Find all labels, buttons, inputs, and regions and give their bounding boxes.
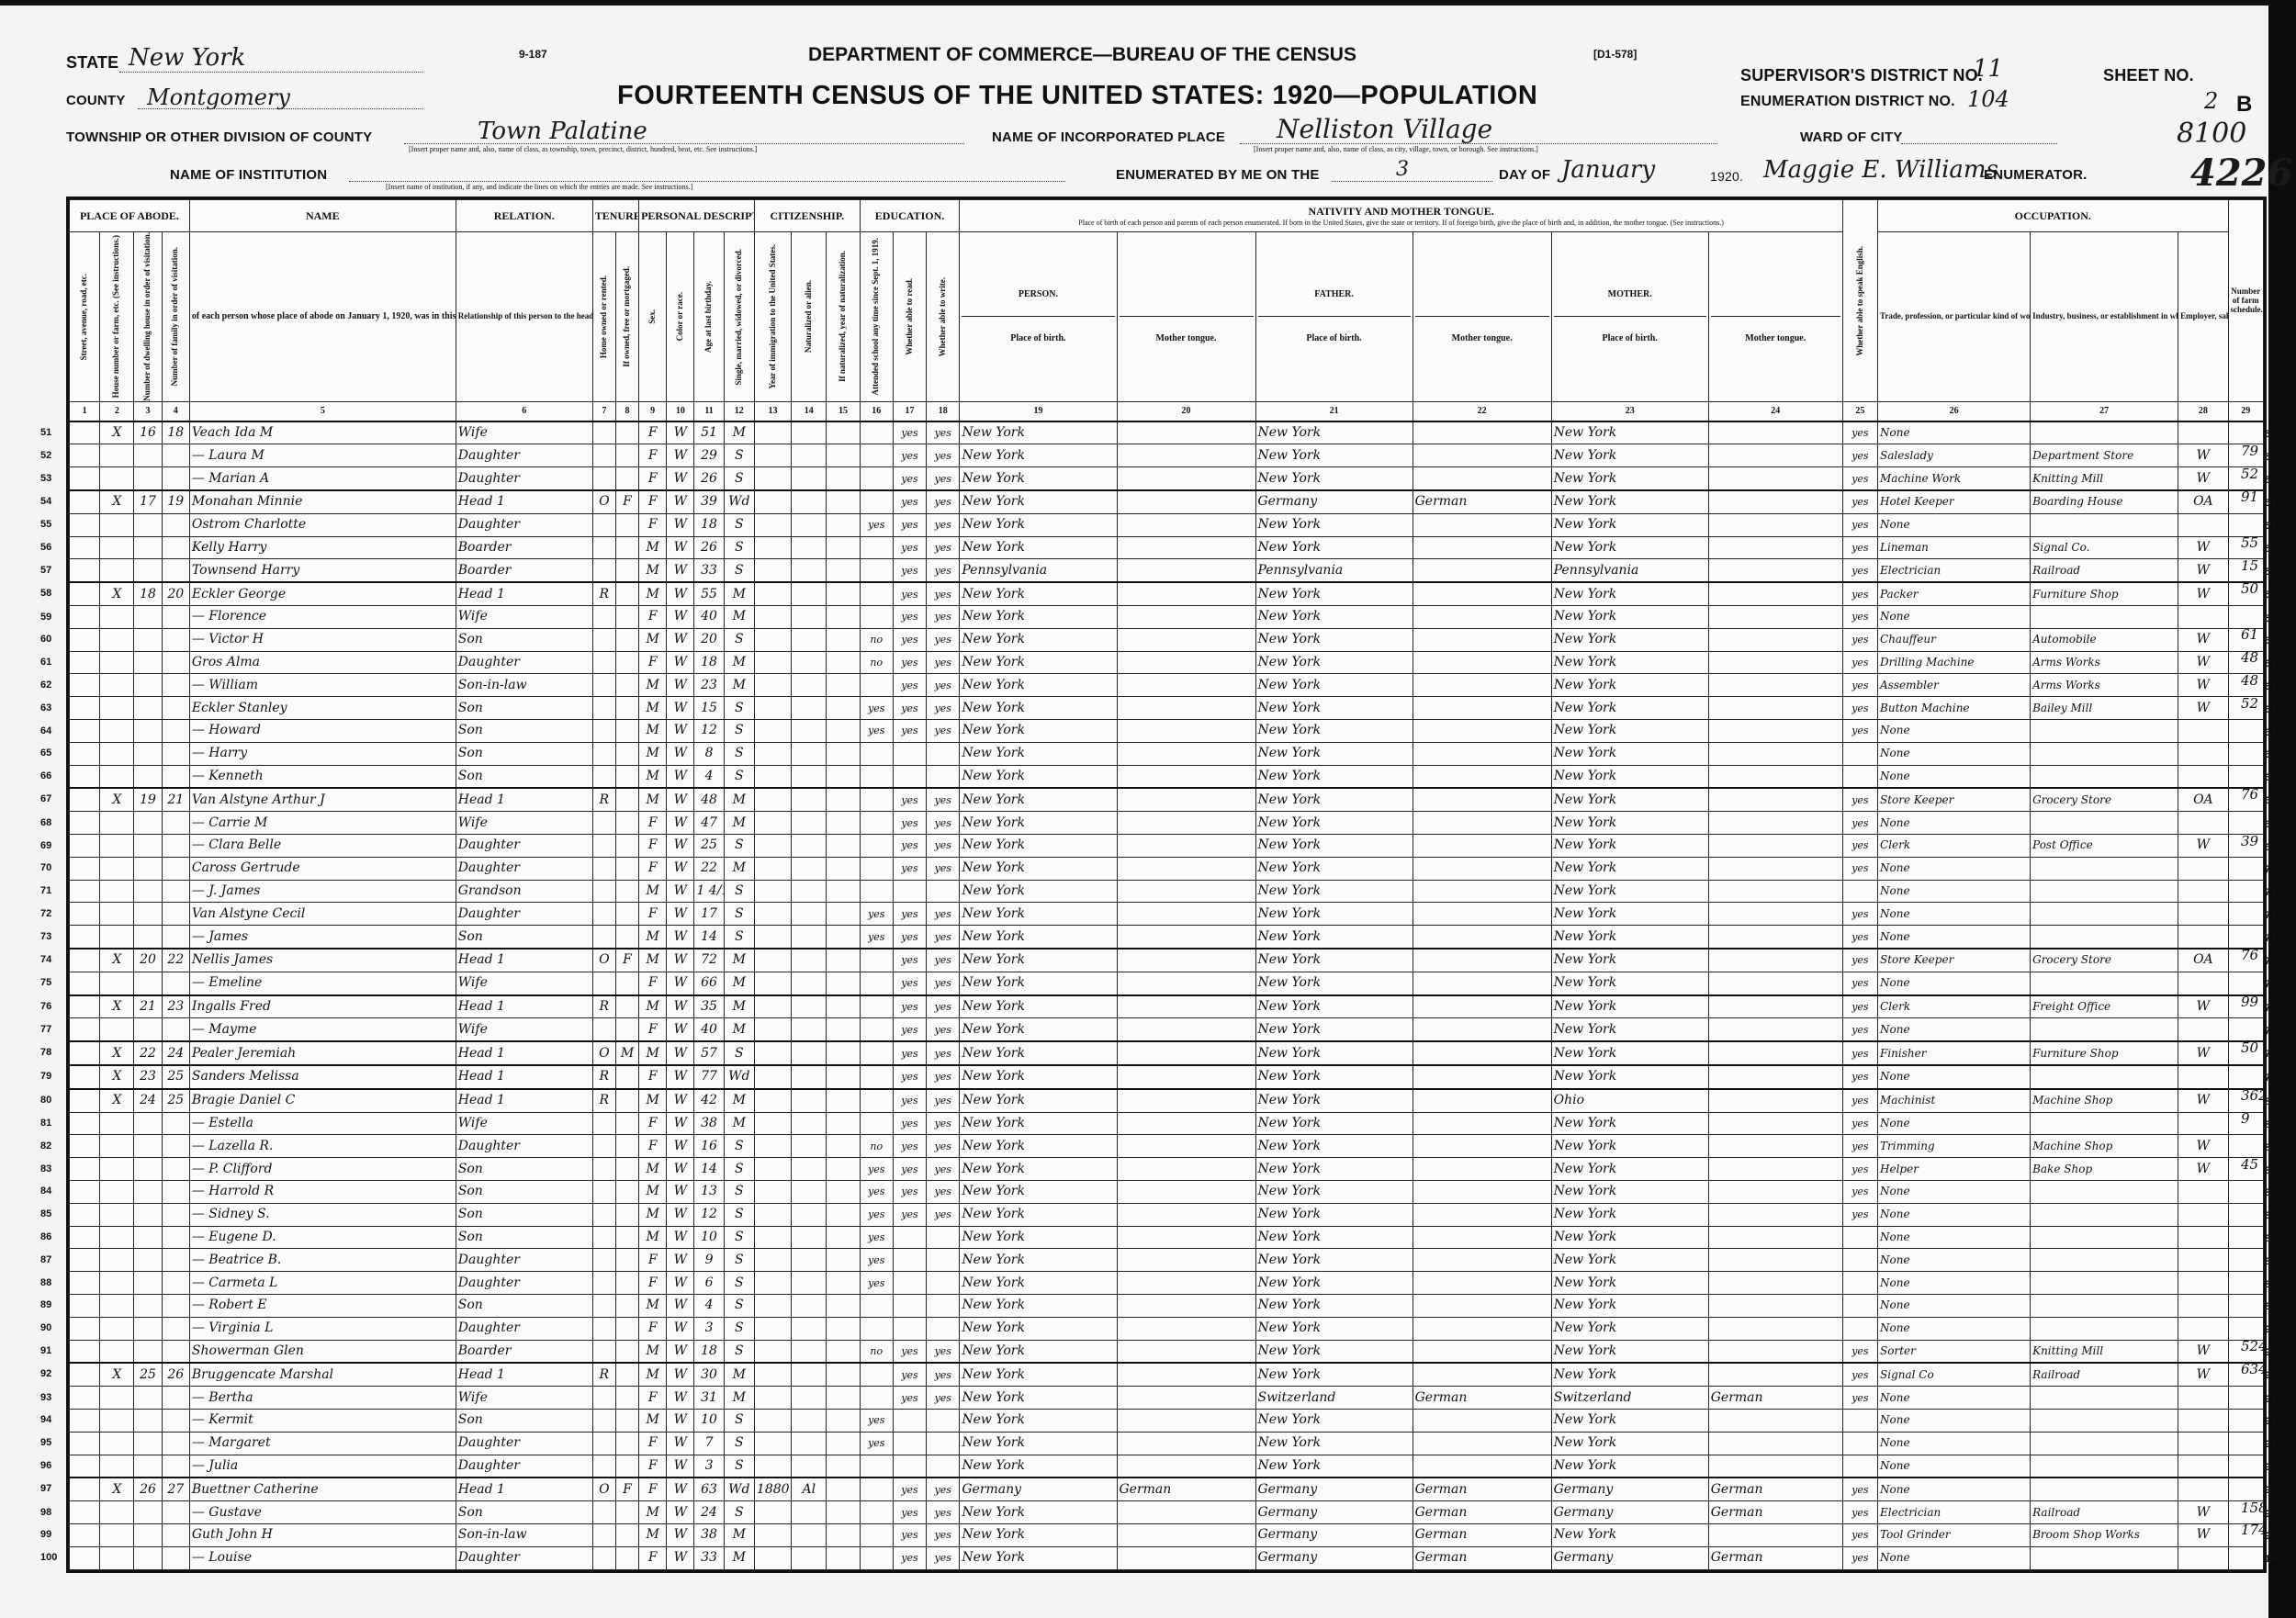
race-cell: W [667, 1294, 694, 1317]
col-number-15: 15 [827, 401, 860, 421]
mpob-cell: New York [1551, 674, 1708, 697]
fpob-cell: New York [1255, 444, 1412, 467]
mtongue-cell [1708, 1180, 1842, 1203]
farm-cell [2228, 1135, 2263, 1158]
race-cell: W [667, 444, 694, 467]
ftongue-cell [1412, 1340, 1551, 1363]
ftongue-cell [1412, 880, 1551, 903]
mort-cell [615, 995, 638, 1018]
table-row: — Lazella R.DaughterFW16SnoyesyesNew Yor… [70, 1135, 2264, 1158]
col-9-header: Sex. [639, 232, 667, 402]
dwelling-number [162, 1387, 189, 1410]
occ-cell: None [1878, 926, 2031, 949]
line-number-right: 82 [2265, 1142, 2276, 1153]
rel-cell: Daughter [456, 1546, 592, 1569]
race-cell: W [667, 995, 694, 1018]
occ-cell: None [1878, 1272, 2031, 1295]
tongue-cell: German [1117, 1478, 1255, 1500]
rel-cell: Boarder [456, 536, 592, 559]
ind-cell: Bailey Mill [2031, 697, 2178, 720]
ftongue-cell [1412, 1249, 1551, 1272]
house-number: 21 [134, 995, 162, 1018]
table-row: X1820Eckler GeorgeHead 1RMW55MyesyesNew … [70, 582, 2264, 605]
tongue-cell [1117, 720, 1255, 743]
rel-cell: Wife [456, 812, 592, 835]
table-row: — FlorenceWifeFW40MyesyesNew YorkNew Yor… [70, 606, 2264, 629]
street-cell [70, 651, 100, 674]
sex-cell: F [639, 857, 667, 880]
table-row: Eckler StanleySonMW15SyesyesyesNew YorkN… [70, 697, 2264, 720]
visit-cell: X [100, 1065, 134, 1089]
write-cell: yes [927, 1180, 960, 1203]
age-cell: 57 [694, 1041, 724, 1065]
ftongue-cell [1412, 1294, 1551, 1317]
pob-cell: New York [960, 582, 1117, 605]
house-number [134, 1158, 162, 1181]
sch-cell [860, 1478, 893, 1500]
visit-cell: X [100, 421, 134, 444]
natyr-cell [827, 490, 860, 513]
natyr-cell [827, 835, 860, 858]
sch-cell: yes [860, 720, 893, 743]
occ-cell: None [1878, 1387, 2031, 1410]
ms-cell: S [724, 1249, 754, 1272]
sex-cell: M [639, 582, 667, 605]
ms-cell: M [724, 674, 754, 697]
nat-cell [792, 559, 827, 582]
mtongue-cell [1708, 1135, 1842, 1158]
mpob-cell: Germany [1551, 1478, 1708, 1500]
occ-cell: Chauffeur [1878, 628, 2031, 651]
pob-cell: New York [960, 513, 1117, 536]
pob-cell: New York [960, 812, 1117, 835]
mtongue-cell [1708, 1432, 1842, 1455]
own-cell: O [592, 1478, 615, 1500]
occ-cell: Clerk [1878, 995, 2031, 1018]
occ-cell: None [1878, 880, 2031, 903]
nat-cell [792, 674, 827, 697]
rel-cell: Son [456, 742, 592, 765]
table-row: — EmelineWifeFW66MyesyesNew YorkNew York… [70, 972, 2264, 994]
ms-cell: M [724, 788, 754, 811]
house-number [134, 1387, 162, 1410]
name-cell: — Emeline [189, 972, 456, 994]
ms-cell: M [724, 651, 754, 674]
natyr-cell [827, 1387, 860, 1410]
col-22-header: Mother tongue. [1412, 232, 1551, 402]
name-cell: — Marian A [189, 467, 456, 490]
imm-cell [754, 926, 791, 949]
natyr-cell [827, 1180, 860, 1203]
natyr-cell [827, 697, 860, 720]
write-cell [927, 742, 960, 765]
sch-cell [860, 1363, 893, 1386]
nat-cell [792, 1340, 827, 1363]
line-number-right: 68 [2265, 819, 2276, 830]
sch-cell: yes [860, 1158, 893, 1181]
emp-cell: W [2178, 1089, 2228, 1112]
margin-code: 48 [2241, 672, 2258, 689]
read-cell: yes [893, 606, 926, 629]
col-4-header: Number of family in order of visitation. [162, 232, 189, 402]
visit-cell: X [100, 1363, 134, 1386]
own-cell: R [592, 1089, 615, 1112]
ind-cell: Arms Works [2031, 674, 2178, 697]
street-cell [70, 536, 100, 559]
occ-cell: Finisher [1878, 1041, 2031, 1065]
house-number [134, 1523, 162, 1546]
street-cell [70, 765, 100, 788]
mort-cell [615, 1387, 638, 1410]
visit-cell [100, 903, 134, 926]
emp-cell [2178, 1112, 2228, 1135]
tongue-cell [1117, 1065, 1255, 1089]
mpob-cell: New York [1551, 1226, 1708, 1249]
margin-code: 9 [2241, 1110, 2250, 1127]
occ-cell: None [1878, 742, 2031, 765]
natyr-cell [827, 1478, 860, 1500]
nat-cell [792, 582, 827, 605]
mpob-cell: New York [1551, 1203, 1708, 1226]
name-cell: — Mayme [189, 1018, 456, 1041]
table-row: Gros AlmaDaughterFW18MnoyesyesNew YorkNe… [70, 651, 2264, 674]
line-number: 69 [40, 840, 51, 851]
ms-cell: M [724, 1018, 754, 1041]
line-number: 52 [40, 450, 51, 461]
name-cell: — J. James [189, 880, 456, 903]
mpob-cell: New York [1551, 1041, 1708, 1065]
fpob-cell: New York [1255, 1180, 1412, 1203]
col-14-header: Naturalized or alien. [792, 232, 827, 402]
ftongue-cell [1412, 559, 1551, 582]
group-name: NAME [189, 200, 456, 232]
table-row: — Carmeta LDaughterFW6SyesNew YorkNew Yo… [70, 1272, 2264, 1295]
margin-code: 50 [2241, 580, 2258, 597]
visit-cell [100, 1272, 134, 1295]
name-cell: — Sidney S. [189, 1203, 456, 1226]
mtongue-cell [1708, 903, 1842, 926]
age-cell: 35 [694, 995, 724, 1018]
eng-cell: yes [1842, 857, 1877, 880]
own-cell [592, 972, 615, 994]
sch-cell [860, 857, 893, 880]
ftongue-cell [1412, 835, 1551, 858]
eng-cell: yes [1842, 903, 1877, 926]
sch-cell [860, 559, 893, 582]
nat-cell [792, 606, 827, 629]
fpob-cell: New York [1255, 1018, 1412, 1041]
emp-cell: W [2178, 628, 2228, 651]
natyr-cell [827, 1523, 860, 1546]
ftongue-cell [1412, 606, 1551, 629]
col-number-1: 1 [70, 401, 100, 421]
dwelling-number [162, 697, 189, 720]
age-cell: 48 [694, 788, 724, 811]
house-number: 24 [134, 1089, 162, 1112]
occ-cell: None [1878, 1546, 2031, 1569]
pob-cell: New York [960, 490, 1117, 513]
line-number: 62 [40, 680, 51, 691]
imm-cell [754, 651, 791, 674]
mpob-cell: New York [1551, 1363, 1708, 1386]
fpob-cell: New York [1255, 1041, 1412, 1065]
ftongue-cell [1412, 1158, 1551, 1181]
rel-cell: Wife [456, 1018, 592, 1041]
visit-cell [100, 1226, 134, 1249]
nat-cell [792, 1432, 827, 1455]
name-cell: — William [189, 674, 456, 697]
mort-cell [615, 765, 638, 788]
line-number-right: 51 [2265, 429, 2276, 440]
pob-cell: New York [960, 1387, 1117, 1410]
farm-cell [2228, 421, 2263, 444]
nat-cell [792, 765, 827, 788]
mtongue-cell [1708, 1294, 1842, 1317]
emp-cell [2178, 972, 2228, 994]
race-cell: W [667, 1501, 694, 1524]
natyr-cell [827, 903, 860, 926]
ind-cell [2031, 1203, 2178, 1226]
col-number-5: 5 [189, 401, 456, 421]
sex-cell: M [639, 1340, 667, 1363]
rel-cell: Head 1 [456, 490, 592, 513]
own-cell [592, 444, 615, 467]
house-number: 20 [134, 949, 162, 972]
eng-cell [1842, 1432, 1877, 1455]
nat-cell [792, 513, 827, 536]
line-number: 92 [40, 1368, 51, 1379]
mort-cell [615, 1249, 638, 1272]
dwelling-number [162, 674, 189, 697]
line-number: 87 [40, 1254, 51, 1265]
line-number: 70 [40, 862, 51, 873]
rel-cell: Son-in-law [456, 1523, 592, 1546]
table-row: — Clara BelleDaughterFW25SyesyesNew York… [70, 835, 2264, 858]
nat-cell [792, 1226, 827, 1249]
street-cell [70, 995, 100, 1018]
line-number: 72 [40, 908, 51, 919]
emp-cell [2178, 1018, 2228, 1041]
line-number-right: 86 [2265, 1233, 2276, 1244]
imm-cell [754, 1203, 791, 1226]
visit-cell [100, 765, 134, 788]
sex-cell: M [639, 765, 667, 788]
occ-cell: Store Keeper [1878, 788, 2031, 811]
tongue-cell [1117, 1018, 1255, 1041]
col-number-9: 9 [639, 401, 667, 421]
mpob-cell: New York [1551, 880, 1708, 903]
line-number: 58 [40, 588, 51, 599]
race-cell: W [667, 835, 694, 858]
ind-cell [2031, 1455, 2178, 1478]
pob-cell: New York [960, 972, 1117, 994]
sex-cell: M [639, 949, 667, 972]
mpob-cell: Ohio [1551, 1089, 1708, 1112]
natyr-cell [827, 559, 860, 582]
tongue-cell [1117, 490, 1255, 513]
tongue-cell [1117, 788, 1255, 811]
read-cell: yes [893, 1363, 926, 1386]
write-cell [927, 1272, 960, 1295]
read-cell: yes [893, 582, 926, 605]
sch-cell [860, 582, 893, 605]
read-cell [893, 1432, 926, 1455]
street-cell [70, 1158, 100, 1181]
dwelling-number [162, 765, 189, 788]
line-number-right: 93 [2265, 1394, 2276, 1405]
emp-cell: W [2178, 1340, 2228, 1363]
name-cell: Townsend Harry [189, 559, 456, 582]
read-cell: yes [893, 444, 926, 467]
mtongue-cell [1708, 765, 1842, 788]
eng-cell: yes [1842, 559, 1877, 582]
write-cell: yes [927, 857, 960, 880]
occ-cell: None [1878, 903, 2031, 926]
house-number [134, 926, 162, 949]
emp-cell [2178, 857, 2228, 880]
col-12-header: Single, married, widowed, or divorced. [724, 232, 754, 402]
ms-cell: S [724, 1041, 754, 1065]
house-number [134, 1135, 162, 1158]
line-number-right: 69 [2265, 842, 2276, 853]
ftongue-cell [1412, 582, 1551, 605]
ftongue-cell [1412, 1317, 1551, 1340]
rel-cell: Head 1 [456, 1041, 592, 1065]
eng-cell: yes [1842, 1363, 1877, 1386]
mort-cell [615, 421, 638, 444]
sex-cell: F [639, 444, 667, 467]
col-1-header: Street, avenue, road, etc. [70, 232, 100, 402]
mort-cell [615, 628, 638, 651]
pob-cell: New York [960, 536, 1117, 559]
line-number-right: 65 [2265, 749, 2276, 760]
own-cell [592, 559, 615, 582]
dwelling-number [162, 1272, 189, 1295]
mtongue-cell [1708, 742, 1842, 765]
farm-cell [2228, 1272, 2263, 1295]
house-number [134, 857, 162, 880]
ftongue-cell [1412, 1089, 1551, 1112]
census-title: FOURTEENTH CENSUS OF THE UNITED STATES: … [617, 81, 1537, 111]
own-cell [592, 1387, 615, 1410]
eng-cell: yes [1842, 972, 1877, 994]
nat-cell [792, 1249, 827, 1272]
pob-cell: Pennsylvania [960, 559, 1117, 582]
own-cell: O [592, 1041, 615, 1065]
name-cell: Guth John H [189, 1523, 456, 1546]
pob-cell: New York [960, 606, 1117, 629]
pob-cell: New York [960, 949, 1117, 972]
line-number: 67 [40, 793, 51, 804]
age-cell: 77 [694, 1065, 724, 1089]
line-number: 56 [40, 542, 51, 553]
race-cell: W [667, 1272, 694, 1295]
race-cell: W [667, 582, 694, 605]
ms-cell: S [724, 1294, 754, 1317]
mtongue-cell [1708, 835, 1842, 858]
read-cell [893, 1249, 926, 1272]
visit-cell [100, 880, 134, 903]
mtongue-cell [1708, 1226, 1842, 1249]
natyr-cell [827, 1158, 860, 1181]
ms-cell: S [724, 444, 754, 467]
sex-cell: F [639, 490, 667, 513]
tongue-cell [1117, 536, 1255, 559]
ms-cell: Wd [724, 1065, 754, 1089]
age-cell: 8 [694, 742, 724, 765]
pob-cell: New York [960, 880, 1117, 903]
own-cell: R [592, 1363, 615, 1386]
line-number-right: 52 [2265, 452, 2276, 463]
street-cell [70, 812, 100, 835]
own-cell [592, 1501, 615, 1524]
sex-cell: F [639, 812, 667, 835]
house-number [134, 1501, 162, 1524]
table-row: Caross GertrudeDaughterFW22MyesyesNew Yo… [70, 857, 2264, 880]
rel-cell: Wife [456, 972, 592, 994]
pob-cell: New York [960, 1455, 1117, 1478]
natyr-cell [827, 1065, 860, 1089]
sch-cell [860, 788, 893, 811]
tongue-cell [1117, 880, 1255, 903]
mort-cell [615, 513, 638, 536]
sch-cell: yes [860, 903, 893, 926]
mort-cell [615, 903, 638, 926]
pob-cell: New York [960, 628, 1117, 651]
house-number: 23 [134, 1065, 162, 1089]
race-cell: W [667, 972, 694, 994]
emp-cell [2178, 903, 2228, 926]
fpob-cell: New York [1255, 1065, 1412, 1089]
mtongue-cell [1708, 444, 1842, 467]
dwelling-number [162, 812, 189, 835]
dwelling-number: 22 [162, 949, 189, 972]
natyr-cell [827, 1363, 860, 1386]
mort-cell [615, 1363, 638, 1386]
write-cell [927, 1226, 960, 1249]
rel-cell: Daughter [456, 1432, 592, 1455]
ms-cell: M [724, 1089, 754, 1112]
occ-cell: Button Machine [1878, 697, 2031, 720]
mort-cell [615, 697, 638, 720]
emp-cell: W [2178, 536, 2228, 559]
emp-cell [2178, 880, 2228, 903]
line-number: 53 [40, 473, 51, 484]
mort-cell [615, 1546, 638, 1569]
eng-cell: yes [1842, 1501, 1877, 1524]
write-cell: yes [927, 1478, 960, 1500]
mort-cell: F [615, 1478, 638, 1500]
own-cell [592, 1180, 615, 1203]
mtongue-cell [1708, 995, 1842, 1018]
ind-cell [2031, 720, 2178, 743]
ms-cell: M [724, 582, 754, 605]
own-cell [592, 1340, 615, 1363]
col-number-17: 17 [893, 401, 926, 421]
fpob-cell: New York [1255, 1112, 1412, 1135]
mtongue-cell [1708, 1317, 1842, 1340]
sch-cell [860, 606, 893, 629]
sex-cell: M [639, 1180, 667, 1203]
farm-cell [2228, 1065, 2263, 1089]
own-cell: R [592, 788, 615, 811]
house-number [134, 697, 162, 720]
house-number [134, 628, 162, 651]
ms-cell: S [724, 1226, 754, 1249]
ftongue-cell [1412, 536, 1551, 559]
tongue-cell [1117, 1158, 1255, 1181]
fpob-cell: New York [1255, 697, 1412, 720]
